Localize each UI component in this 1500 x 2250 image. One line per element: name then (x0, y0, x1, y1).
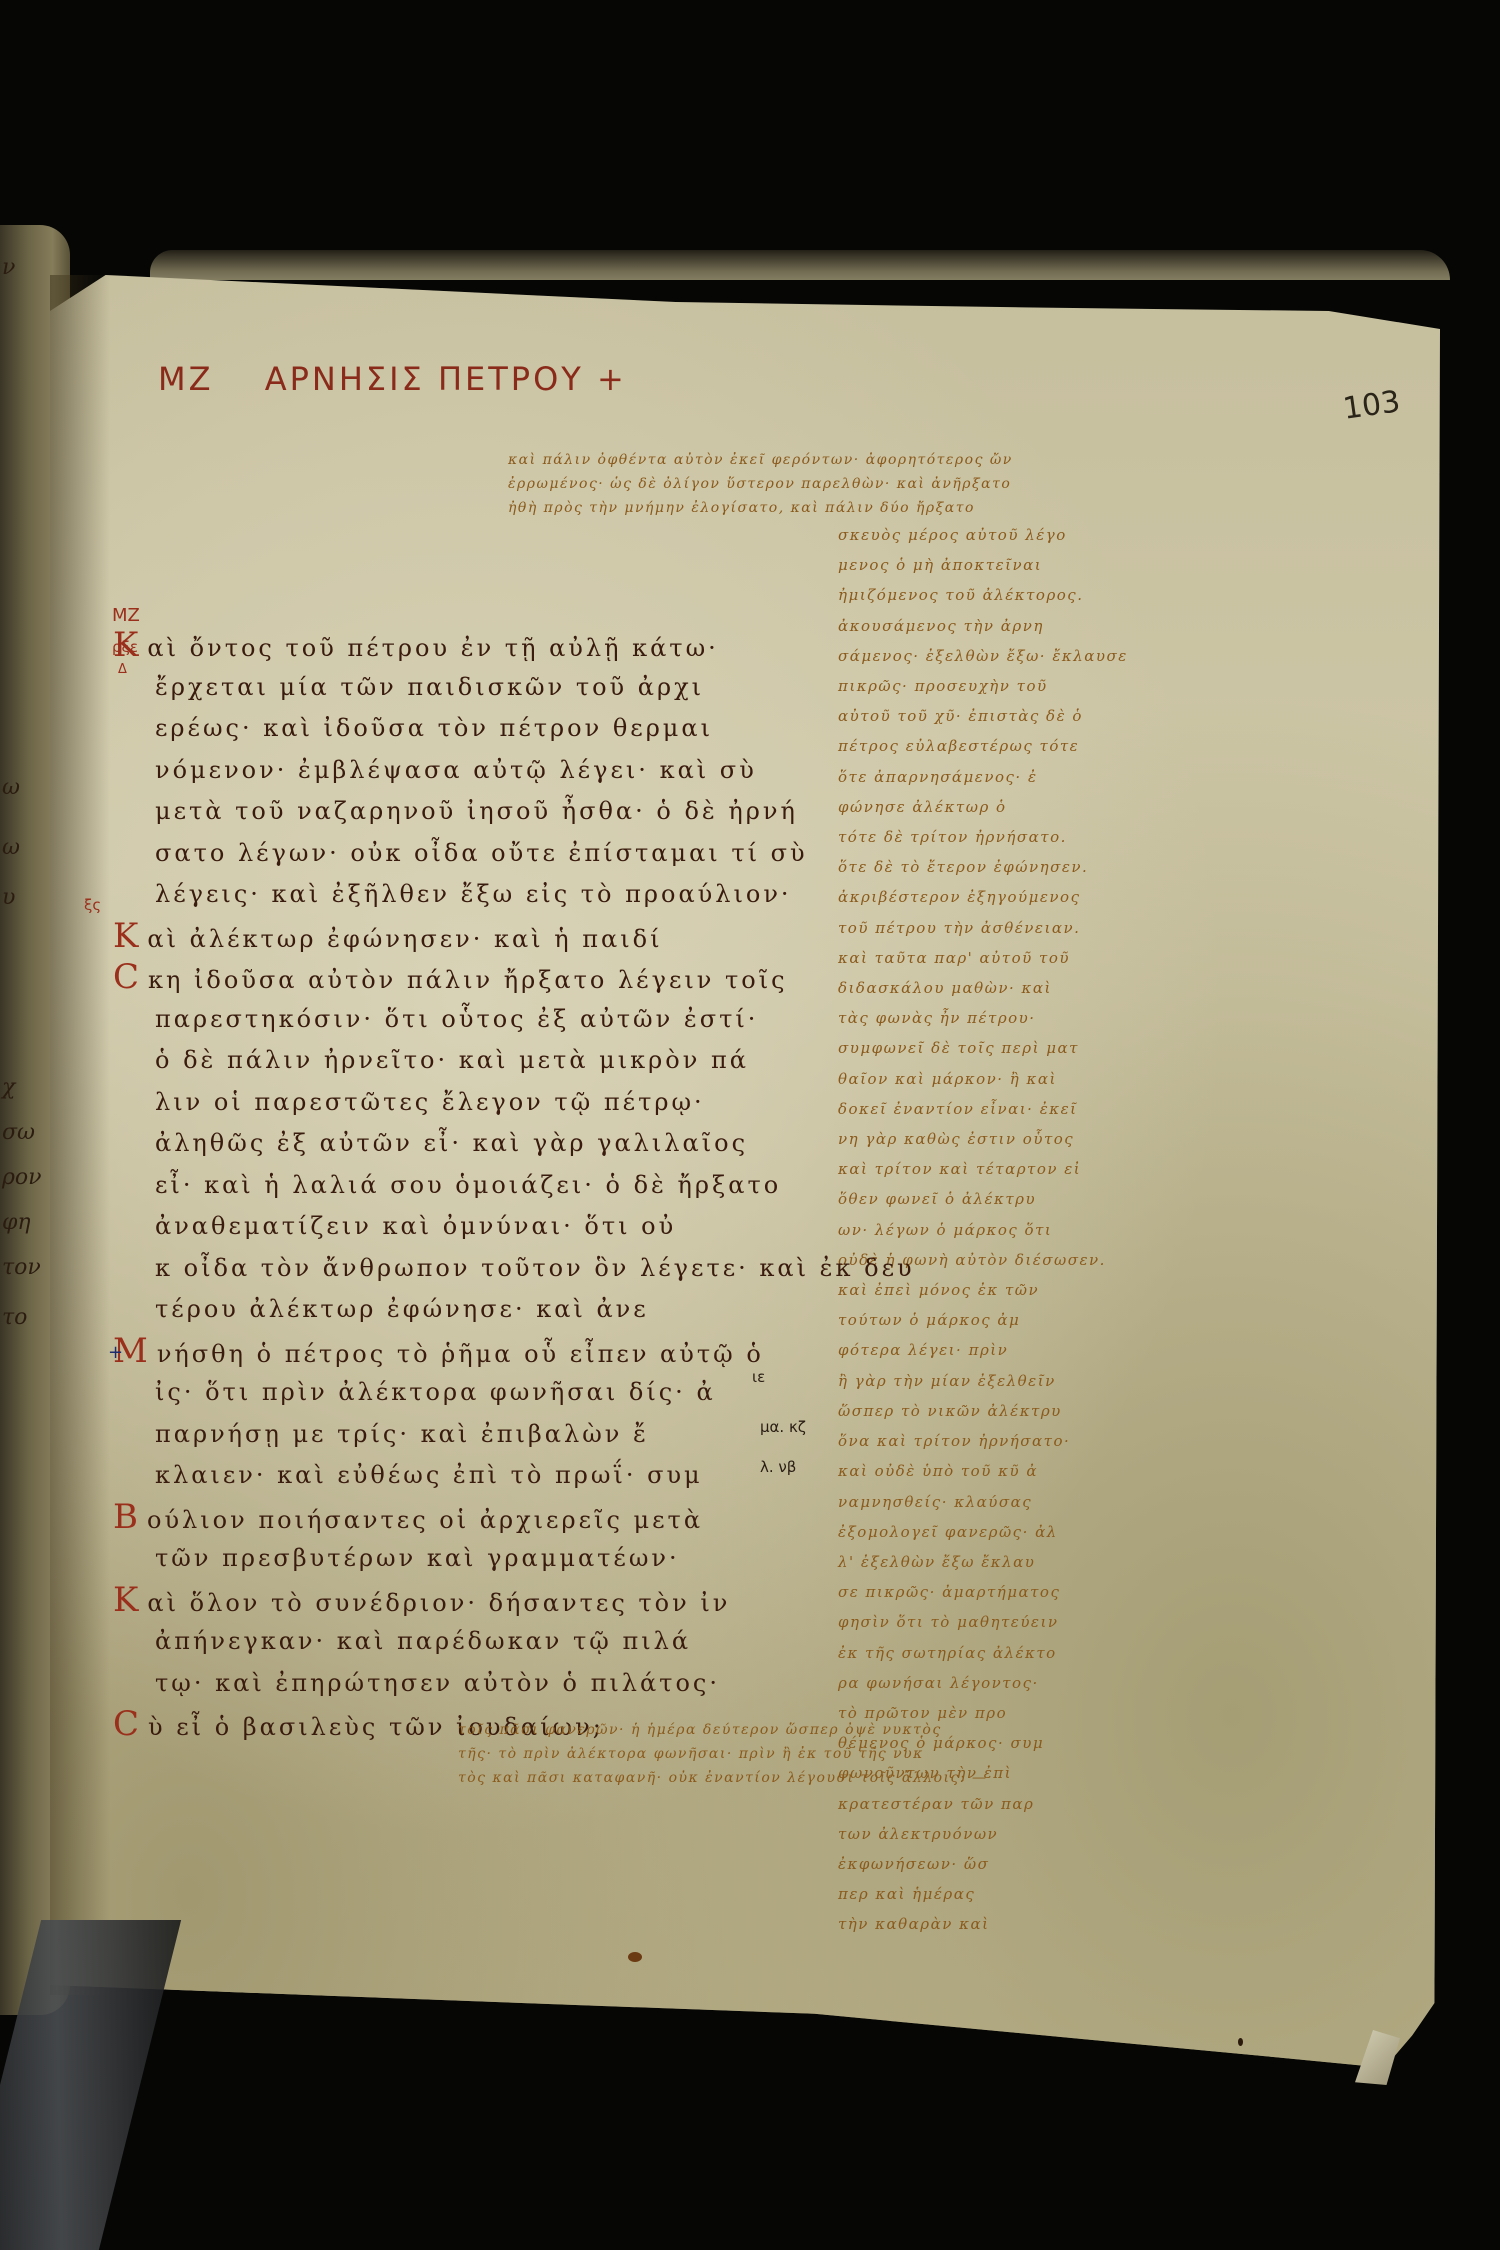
commentary-line: σάμενος· ἐξελθὼν ἔξω· ἔκλαυσε (838, 641, 1128, 671)
text-line: μετὰ τοῦ ναζαρηνοῦ ἰησοῦ ἦσθα· ὁ δὲ ἠρνή (155, 791, 775, 833)
text-line: τέρου ἀλέκτωρ ἐφώνησε· καὶ ἀνε (155, 1289, 775, 1331)
line-text: ἀναθεματίζειν καὶ ὀμνύναι· ὅτι οὐ (155, 1212, 676, 1240)
commentary-line: ἢ γὰρ τὴν μίαν ἐξελθεῖν (838, 1366, 1128, 1396)
text-line: λέγεις· καὶ ἐξῆλθεν ἔξω εἰς τὸ προαύλιον… (155, 874, 775, 916)
section-number: ΜΖ (158, 360, 214, 398)
rubric-initial: Β (113, 1497, 141, 1537)
commentary-line: καὶ τρίτον καὶ τέταρτον εἰ (838, 1154, 1128, 1184)
prev-page-fragment: χ (2, 1075, 15, 1100)
line-text: νήσθη ὁ πέτρος τὸ ῥῆμα οὗ εἶπεν αὐτῷ ὁ (157, 1340, 764, 1368)
text-line: τῳ· καὶ ἐπηρώτησεν αὐτὸν ὁ πιλάτος· (155, 1663, 775, 1705)
commentary-line: των ἀλεκτρυόνων (838, 1819, 1128, 1849)
line-text: ἀληθῶς ἐξ αὐτῶν εἶ· καὶ γὰρ γαλιλαῖος (155, 1129, 748, 1157)
text-line: παρεστηκόσιν· ὅτι οὗτος ἐξ αὐτῶν ἐστί· (155, 999, 775, 1041)
text-line: Καὶ ἀλέκτωρ ἐφώνησεν· καὶ ἡ παιδί (155, 916, 775, 958)
commentary-line: πέτρος εὐλαβεστέρως τότε (838, 731, 1128, 761)
prev-page-fragment: φη (2, 1210, 31, 1235)
commentary-line: λ' ἐξελθὼν ἔξω ἔκλαυ (838, 1547, 1128, 1577)
commentary-line: συμφωνεῖ δὲ τοῖς περὶ ματ (838, 1033, 1128, 1063)
prev-page-fragment: τον (2, 1255, 41, 1280)
commentary-line: ὥσπερ τὸ νικῶν ἀλέκτρυ (838, 1396, 1128, 1426)
prev-page-fragment: ρον (2, 1165, 42, 1190)
margin-ref-luke: λ. νβ (760, 1458, 796, 1476)
commentary-line: διδασκάλου μαθὼν· καὶ (838, 973, 1128, 1003)
running-title: ΜΖ ΑΡΝΗΣΙΣ ΠΕΤΡΟΥ + (158, 360, 627, 398)
commentary-line: ἐκφωνήσεων· ὥσ (838, 1849, 1128, 1879)
rubric-initial: Κ (113, 916, 141, 956)
text-line: Μνήσθη ὁ πέτρος τὸ ῥῆμα οὗ εἶπεν αὐτῷ ὁ (155, 1331, 775, 1373)
commentary-line: ὅνα καὶ τρίτον ἠρνήσατο· (838, 1426, 1128, 1456)
prev-page-fragment: υ (2, 885, 15, 910)
commentary-line: ἠμιζόμενος τοῦ ἀλέκτορος. (838, 580, 1128, 610)
prev-page-fragment: ω (2, 775, 20, 800)
line-text: ερέως· καὶ ἰδοῦσα τὸν πέτρον θερμαι (155, 714, 713, 742)
line-text: κη ἰδοῦσα αὐτὸν πάλιν ἤρξατο λέγειν τοῖς (148, 966, 788, 994)
commentary-line: τότε δὲ τρίτον ἠρνήσατο. (838, 822, 1128, 852)
commentary-line: ὅτε δὲ τὸ ἔτερον ἐφώνησεν. (838, 852, 1128, 882)
line-text: μετὰ τοῦ ναζαρηνοῦ ἰησοῦ ἦσθα· ὁ δὲ ἠρνή (155, 797, 798, 825)
commentary-line: τῆς· τὸ πρὶν ἀλέκτορα φωνῆσαι· πρὶν ἢ ἐκ… (458, 1742, 988, 1766)
rubric-initial: Κ (113, 1580, 141, 1620)
text-line: ὁ δὲ πάλιν ἠρνεῖτο· καὶ μετὰ μικρὸν πά (155, 1040, 775, 1082)
commentary-line: ρα φωνήσαι λέγοντος· (838, 1668, 1128, 1698)
text-line: ἀπήνεγκαν· καὶ παρέδωκαν τῷ πιλά (155, 1621, 775, 1663)
commentary-line: αὐτοῦ τοῦ χῦ· ἐπιστὰς δὲ ὁ (838, 701, 1128, 731)
commentary-line: τὸς καὶ πᾶσι καταφανῆ· οὐκ ἐναντίον λέγο… (458, 1766, 988, 1790)
commentary-top: καὶ πάλιν ὀφθέντα αὐτὸν ἐκεῖ φερόντων· ἀ… (508, 448, 1013, 520)
prev-page-fragment: ω (2, 835, 20, 860)
commentary-line: ἐκ τῆς σωτηρίας ἀλέκτο (838, 1638, 1128, 1668)
commentary-line: φησὶν ὅτι τὸ μαθητεύειν (838, 1607, 1128, 1637)
prev-page-fragment: το (2, 1305, 27, 1330)
commentary-line: ἐρρωμένος· ὡς δὲ ὀλίγον ὕστερον παρελθὼν… (508, 472, 1013, 496)
text-line: νόμενον· ἐμβλέψασα αὐτῷ λέγει· καὶ σὺ (155, 750, 775, 792)
line-text: ἀπήνεγκαν· καὶ παρέδωκαν τῷ πιλά (155, 1627, 691, 1655)
line-text: αὶ ὄντος τοῦ πέτρου ἐν τῇ αὐλῇ κάτω· (147, 634, 718, 662)
text-line: ἰς· ὅτι πρὶν ἀλέκτορα φωνῆσαι δίς· ἀ (155, 1372, 775, 1414)
prev-page-fragment: σω (2, 1120, 35, 1145)
commentary-line: φώνησε ἀλέκτωρ ὁ (838, 792, 1128, 822)
margin-ref-matthew: μα. κζ (760, 1418, 806, 1436)
text-line: κλαιεν· καὶ εὐθέως ἐπὶ τὸ πρωΐ· συμ (155, 1455, 775, 1497)
line-text: παρνήσῃ με τρίς· καὶ ἐπιβαλὼν ἔ (155, 1420, 649, 1448)
folio-top-edge (150, 250, 1450, 280)
line-text: αὶ ὅλον τὸ συνέδριον· δήσαντες τὸν ἰν (147, 1589, 730, 1617)
margin-ammonian-section: ρξε (112, 638, 138, 656)
text-line: σατο λέγων· οὐκ οἶδα οὔτε ἐπίσταμαι τί σ… (155, 833, 775, 875)
ink-stain (628, 1952, 642, 1962)
line-text: εἶ· καὶ ἡ λαλιά σου ὁμοιάζει· ὁ δὲ ἤρξατ… (155, 1171, 781, 1199)
commentary-line: κρατεστέραν τῶν παρ (838, 1789, 1128, 1819)
commentary-line: ὅθεν φωνεῖ ὁ ἀλέκτρυ (838, 1184, 1128, 1214)
line-text: λέγεις· καὶ ἐξῆλθεν ἔξω εἰς τὸ προαύλιον… (155, 880, 792, 908)
commentary-line: ἠθὴ πρὸς τὴν μνήμην ἐλογίσατο, καὶ πάλιν… (508, 496, 1013, 520)
prev-page-fragment: ν (2, 255, 15, 280)
commentary-line: καὶ οὐδὲ ὑπὸ τοῦ κῦ ἀ (838, 1456, 1128, 1486)
text-line: Καὶ ὄντος τοῦ πέτρου ἐν τῇ αὐλῇ κάτω· (155, 625, 775, 667)
commentary-line: μενος ὁ μὴ ἀποκτεῖναι (838, 550, 1128, 580)
text-line: εἶ· καὶ ἡ λαλιά σου ὁμοιάζει· ὁ δὲ ἤρξατ… (155, 1165, 775, 1207)
commentary-line: τοῦ πέτρου τὴν ἀσθένειαν. (838, 913, 1128, 943)
line-text: ἰς· ὅτι πρὶν ἀλέκτορα φωνῆσαι δίς· ἀ (155, 1378, 716, 1406)
line-text: νόμενον· ἐμβλέψασα αὐτῷ λέγει· καὶ σὺ (155, 756, 757, 784)
text-line: παρνήσῃ με τρίς· καὶ ἐπιβαλὼν ἔ (155, 1414, 775, 1456)
line-text: κ οἶδα τὸν ἄνθρωπον τοῦτον ὃν λέγετε· κα… (155, 1254, 915, 1282)
text-line: ἀναθεματίζειν καὶ ὀμνύναι· ὅτι οὐ (155, 1206, 775, 1248)
margin-canon-number: Δ (118, 662, 127, 677)
commentary-line: καὶ πάλιν ὀφθέντα αὐτὸν ἐκεῖ φερόντων· ἀ… (508, 448, 1013, 472)
line-text: λιν οἱ παρεστῶτες ἔλεγον τῷ πέτρῳ· (155, 1088, 705, 1116)
ink-dot (1238, 2038, 1243, 2046)
line-text: ἔρχεται μία τῶν παιδισκῶν τοῦ ἀρχι (155, 673, 704, 701)
text-line: Βούλιον ποιήσαντες οἱ ἀρχιερεῖς μετὰ (155, 1497, 775, 1539)
commentary-line: φότερα λέγει· πρὶν (838, 1335, 1128, 1365)
commentary-line: πικρῶς· προσευχὴν τοῦ (838, 671, 1128, 701)
commentary-line: περ καὶ ἡμέρας (838, 1879, 1128, 1909)
commentary-line: τὰς φωνὰς ἦν πέτρου· (838, 1003, 1128, 1033)
margin-section-number: ΜΖ (112, 605, 140, 626)
line-text: τέρου ἀλέκτωρ ἐφώνησε· καὶ ἀνε (155, 1295, 649, 1323)
commentary-line: σκευὸς μέρος αὐτοῦ λέγο (838, 520, 1128, 550)
gutter-shadow (50, 275, 110, 1995)
text-line: ἀληθῶς ἐξ αὐτῶν εἶ· καὶ γὰρ γαλιλαῖος (155, 1123, 775, 1165)
commentary-line: νη γὰρ καθὼς ἐστιν οὗτος (838, 1124, 1128, 1154)
commentary-line: ἐξομολογεῖ φανερῶς· ἀλ (838, 1517, 1128, 1547)
line-text: παρεστηκόσιν· ὅτι οὗτος ἐξ αὐτῶν ἐστί· (155, 1005, 758, 1033)
rubric-initial: Ϲ (113, 957, 142, 997)
commentary-line: ἀκουσάμενος τὴν ἀρνη (838, 611, 1128, 641)
commentary-line: θαῖον καὶ μάρκον· ἢ καὶ (838, 1064, 1128, 1094)
line-text: αὶ ἀλέκτωρ ἐφώνησεν· καὶ ἡ παιδί (147, 925, 662, 953)
text-line: τῶν πρεσβυτέρων καὶ γραμματέων· (155, 1538, 775, 1580)
text-line: ἔρχεται μία τῶν παιδισκῶν τοῦ ἀρχι (155, 667, 775, 709)
commentary-line: δοκεῖ ἐναντίον εἶναι· ἐκεῖ (838, 1094, 1128, 1124)
line-text: ούλιον ποιήσαντες οἱ ἀρχιερεῖς μετὰ (147, 1506, 703, 1534)
commentary-line: τοῖς πᾶσι φανερῶν· ἡ ἡμέρα δεύτερον ὥσπε… (458, 1718, 988, 1742)
line-text: ὁ δὲ πάλιν ἠρνεῖτο· καὶ μετὰ μικρὸν πά (155, 1046, 749, 1074)
line-text: τῶν πρεσβυτέρων καὶ γραμματέων· (155, 1544, 680, 1572)
commentary-line: τὴν καθαρὰν καὶ (838, 1909, 1128, 1939)
line-text: τῳ· καὶ ἐπηρώτησεν αὐτὸν ὁ πιλάτος· (155, 1669, 720, 1697)
margin-ref-ie: ιε (752, 1368, 765, 1386)
commentary-line: τούτων ὁ μάρκος ἀμ (838, 1305, 1128, 1335)
title-text: ΑΡΝΗΣΙΣ ΠΕΤΡΟΥ + (265, 360, 627, 398)
commentary-line: ων· λέγων ὁ μάρκος ὅτι (838, 1215, 1128, 1245)
line-text: κλαιεν· καὶ εὐθέως ἐπὶ τὸ πρωΐ· συμ (155, 1461, 703, 1489)
main-gospel-text: Καὶ ὄντος τοῦ πέτρου ἐν τῇ αὐλῇ κάτω· ἔρ… (155, 625, 775, 1746)
text-line: κ οἶδα τὸν ἄνθρωπον τοῦτον ὃν λέγετε· κα… (155, 1248, 775, 1290)
text-line: Ϲκη ἰδοῦσα αὐτὸν πάλιν ἤρξατο λέγειν τοῖ… (155, 957, 775, 999)
text-line: ερέως· καὶ ἰδοῦσα τὸν πέτρον θερμαι (155, 708, 775, 750)
text-line: λιν οἱ παρεστῶτες ἔλεγον τῷ πέτρῳ· (155, 1082, 775, 1124)
text-line: Καὶ ὅλον τὸ συνέδριον· δήσαντες τὸν ἰν (155, 1580, 775, 1622)
commentary-line: σε πικρῶς· ἀμαρτήματος (838, 1577, 1128, 1607)
commentary-line: καὶ ταῦτα παρ' αὐτοῦ τοῦ (838, 943, 1128, 973)
cross-mark-icon: + (108, 1342, 123, 1363)
commentary-bottom: τοῖς πᾶσι φανερῶν· ἡ ἡμέρα δεύτερον ὥσπε… (458, 1718, 988, 1790)
commentary-line: ἀκριβέστερον ἐξηγούμενος (838, 882, 1128, 912)
line-text: σατο λέγων· οὐκ οἶδα οὔτε ἐπίσταμαι τί σ… (155, 839, 808, 867)
commentary-line: ναμνησθείς· κλαύσας (838, 1487, 1128, 1517)
margin-second-section: ξς (84, 896, 101, 914)
rubric-initial: Ϲ (113, 1704, 142, 1744)
commentary-line: ὅτε ἀπαρνησάμενος· ἐ (838, 762, 1128, 792)
